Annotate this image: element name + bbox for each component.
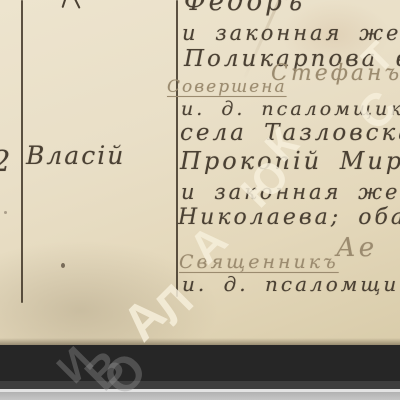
paper-edge-shadow xyxy=(0,338,400,345)
manuscript-page: 2 Власій Федоръ и законная жена е Полика… xyxy=(0,0,400,345)
ink-speck xyxy=(4,211,7,214)
entry-number: 2 xyxy=(0,144,10,178)
entry-name: Власій xyxy=(26,141,125,170)
top-edge-mark xyxy=(62,0,67,8)
scanner-mat-strip xyxy=(0,381,400,389)
top-edge-mark xyxy=(73,0,80,9)
handwritten-line: Федоръ xyxy=(184,0,305,17)
pencil-annotation: Совершена xyxy=(167,77,287,97)
scanner-footer xyxy=(0,392,400,400)
document-scan: 2 Власій Федоръ и законная жена е Полика… xyxy=(0,0,400,400)
handwritten-line: и. д. псаломщика- xyxy=(182,272,400,296)
column-rule-left xyxy=(21,0,23,303)
column-rule-right xyxy=(176,0,178,297)
pencil-annotation: Ае xyxy=(336,233,377,263)
ink-speck xyxy=(61,263,65,268)
